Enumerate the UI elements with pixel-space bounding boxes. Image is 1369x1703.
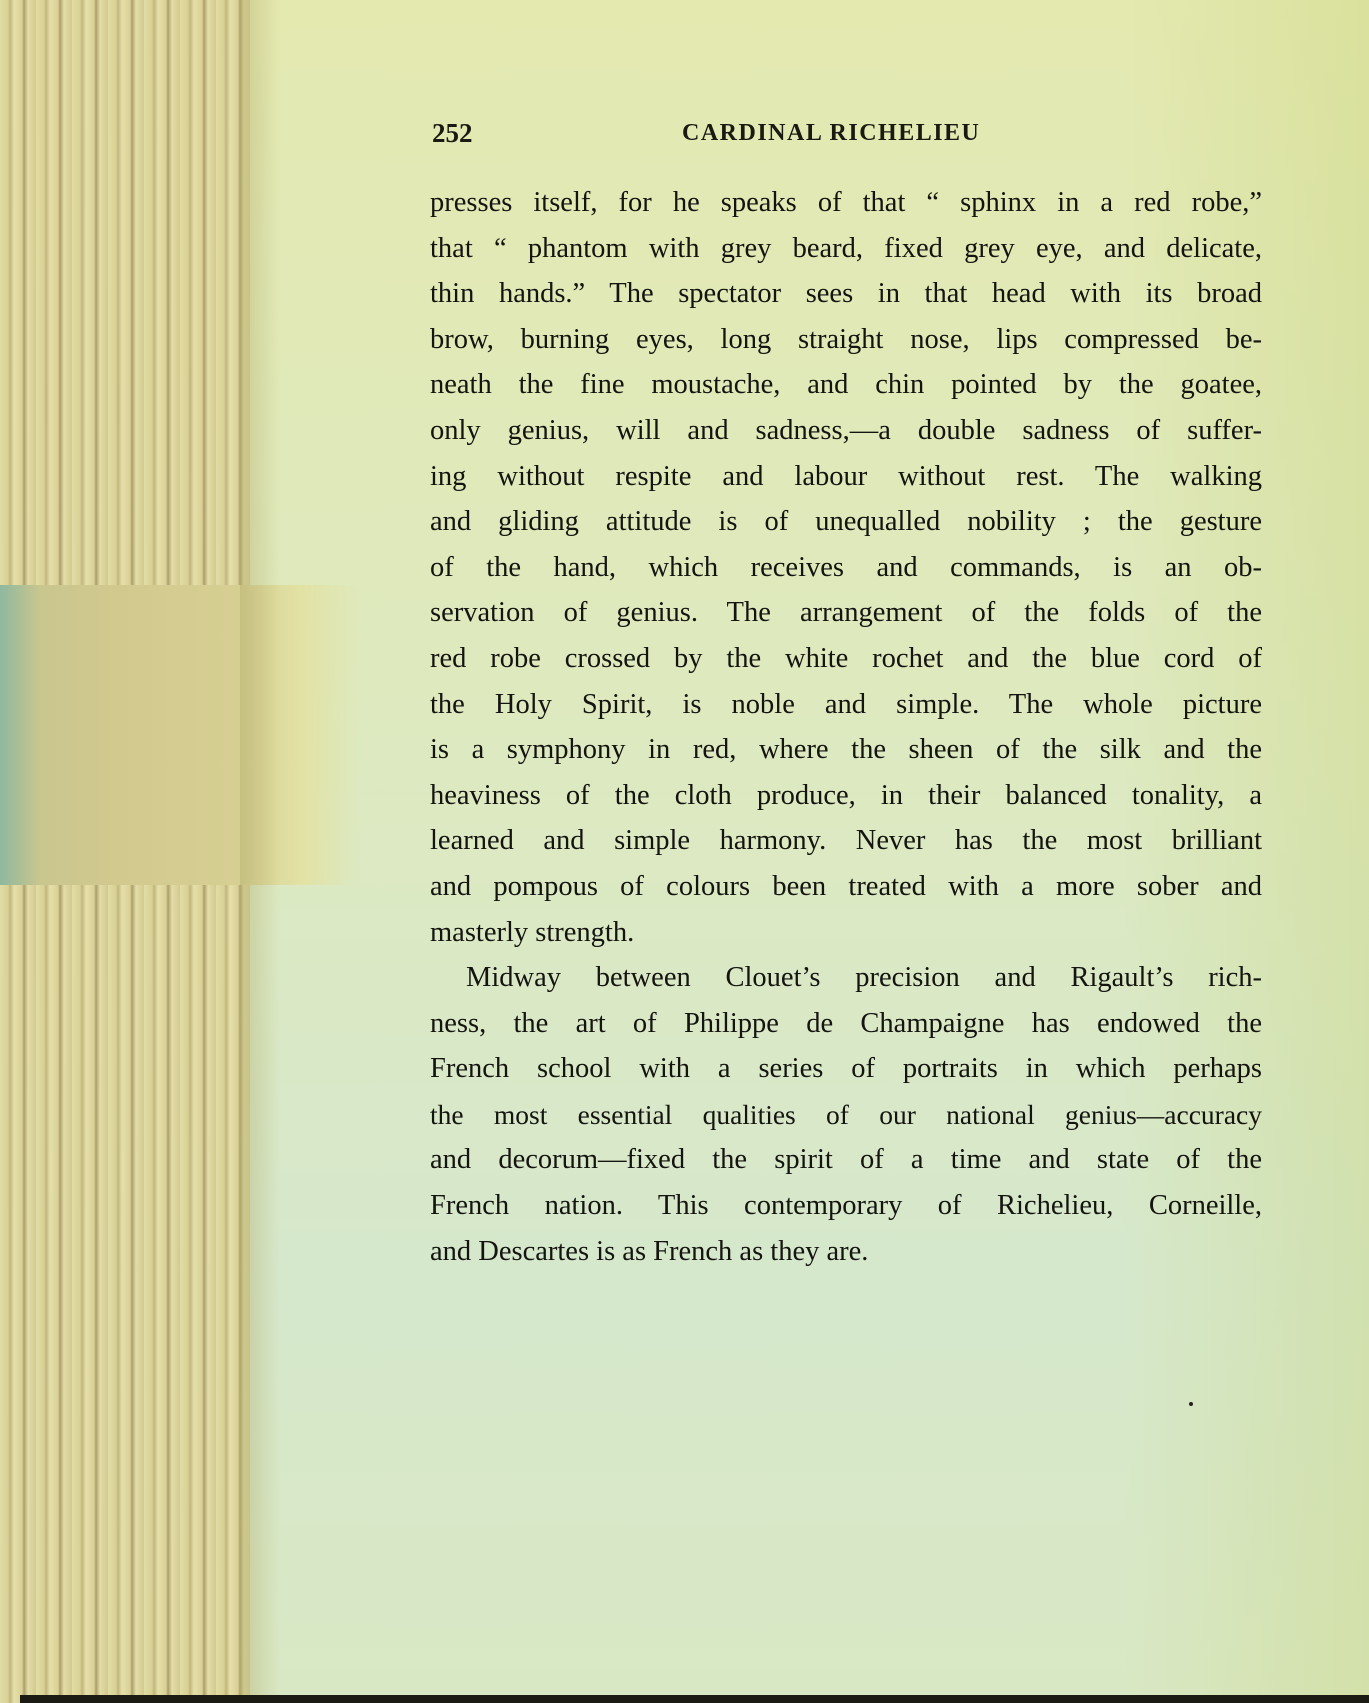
- text-line: thin hands.” The spectator sees in that …: [430, 271, 1262, 317]
- text-line: French school with a series of portraits…: [430, 1046, 1262, 1092]
- text-line: Midway between Clouet’s precision and Ri…: [430, 955, 1262, 1001]
- text-line: the Holy Spirit, is noble and simple. Th…: [430, 682, 1262, 728]
- running-head: 252 CARDINAL RICHELIEU: [432, 118, 1262, 158]
- text-line: the most essential qualities of our nati…: [430, 1092, 1262, 1138]
- text-line: brow, burning eyes, long straight nose, …: [430, 317, 1262, 363]
- text-line: and Descartes is as French as they are.: [430, 1229, 1262, 1275]
- text-line: is a symphony in red, where the sheen of…: [430, 727, 1262, 773]
- text-line: French nation. This contemporary of Rich…: [430, 1183, 1262, 1229]
- text-line: presses itself, for he speaks of that “ …: [430, 180, 1262, 226]
- text-line: heaviness of the cloth produce, in their…: [430, 773, 1262, 819]
- text-line: red robe crossed by the white rochet and…: [430, 636, 1262, 682]
- text-line: ness, the art of Philippe de Champaigne …: [430, 1001, 1262, 1047]
- page-number: 252: [432, 118, 473, 149]
- text-line: of the hand, which receives and commands…: [430, 545, 1262, 591]
- text-line: that “ phantom with grey beard, fixed gr…: [430, 226, 1262, 272]
- gutter-shadow: [240, 0, 280, 1703]
- text-line: ing without respite and labour without r…: [430, 454, 1262, 500]
- running-title: CARDINAL RICHELIEU: [682, 120, 980, 147]
- text-line: neath the fine moustache, and chin point…: [430, 362, 1262, 408]
- text-line: and gliding attitude is of unequalled no…: [430, 499, 1262, 545]
- page-bottom-edge: [20, 1695, 1369, 1703]
- text-line: learned and simple harmony. Never has th…: [430, 818, 1262, 864]
- fore-edge-scan-artifact: [0, 585, 360, 885]
- text-line: only genius, will and sadness,—a double …: [430, 408, 1262, 454]
- text-line: and decorum—fixed the spirit of a time a…: [430, 1137, 1262, 1183]
- text-line: and pompous of colours been treated with…: [430, 864, 1262, 910]
- text-line: servation of genius. The arrangement of …: [430, 590, 1262, 636]
- text-line: masterly strength.: [430, 910, 1262, 956]
- paragraph-2: Midway between Clouet’s precision and Ri…: [430, 955, 1262, 1274]
- paper-speck: [1189, 1402, 1193, 1406]
- paragraph-1: presses itself, for he speaks of that “ …: [430, 180, 1262, 955]
- body-text: presses itself, for he speaks of that “ …: [430, 180, 1262, 1274]
